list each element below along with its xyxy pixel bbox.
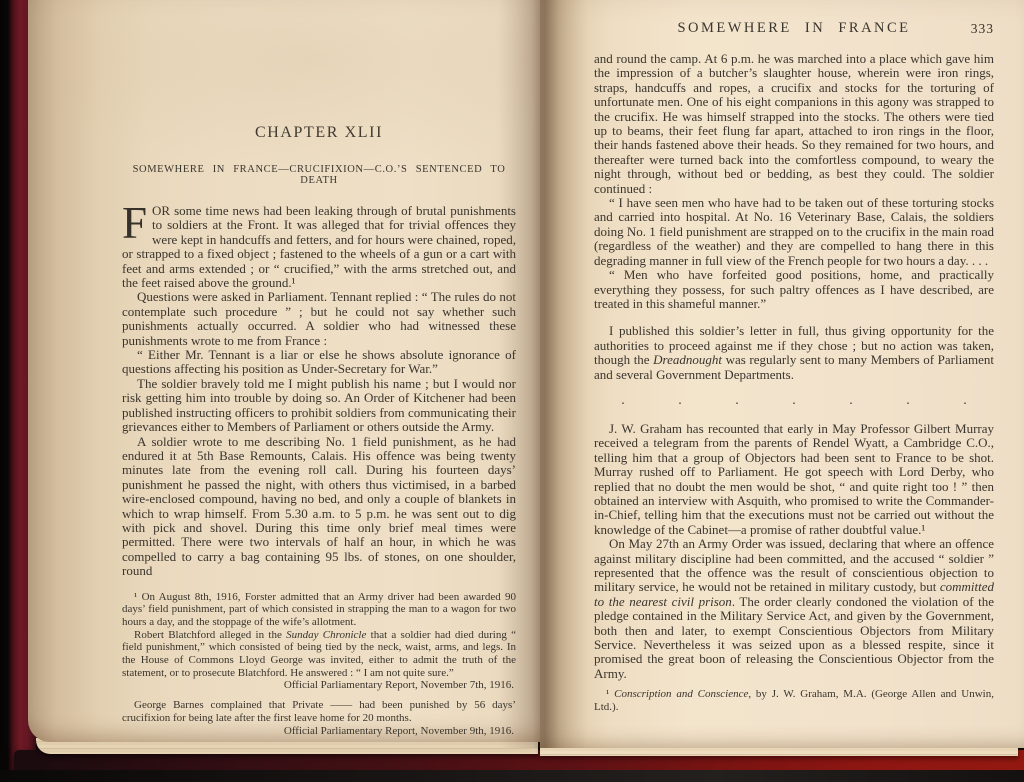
footnote-text: Robert Blatchford alleged in the bbox=[134, 629, 286, 641]
paragraph: Questions were asked in Parliament. Tenn… bbox=[122, 290, 516, 348]
quoted-letter-excerpt: “ I have seen men who have had to be tak… bbox=[594, 196, 994, 268]
footnote: Robert Blatchford alleged in the Sunday … bbox=[122, 629, 516, 680]
running-head-row: SOMEWHERE IN FRANCE 333 bbox=[594, 20, 994, 38]
paragraph-continuation: and round the camp. At 6 p.m. he was mar… bbox=[594, 52, 994, 196]
section-separator-dots: . . . . . . . bbox=[594, 393, 994, 409]
footnote: George Barnes complained that Private ——… bbox=[122, 699, 516, 724]
quoted-letter-excerpt: “ Men who have forfeited good positions,… bbox=[594, 268, 994, 311]
left-page: CHAPTER XLII SOMEWHERE IN FRANCE—CRUCIFI… bbox=[28, 0, 540, 742]
paragraph: J. W. Graham has recounted that early in… bbox=[594, 422, 994, 537]
running-head: SOMEWHERE IN FRANCE bbox=[594, 20, 994, 37]
drop-cap-letter: F bbox=[122, 204, 152, 242]
footnote-marker: ¹ bbox=[606, 688, 614, 700]
quoted-letter-excerpt: “ Either Mr. Tennant is a liar or else h… bbox=[122, 348, 516, 377]
left-page-text-block: CHAPTER XLII SOMEWHERE IN FRANCE—CRUCIFI… bbox=[122, 124, 516, 742]
footnote-text: that a soldier had died during “ field p… bbox=[122, 629, 516, 679]
footnote-attribution: Official Parliamentary Report, November … bbox=[122, 725, 516, 738]
paragraph-opening: FOR some time news had been leaking thro… bbox=[122, 204, 516, 290]
footnotes-section: ¹ On August 8th, 1916, Forster admitted … bbox=[122, 591, 516, 738]
right-page-text-block: SOMEWHERE IN FRANCE 333 and round the ca… bbox=[594, 20, 994, 714]
paragraph: On May 27th an Army Order was issued, de… bbox=[594, 537, 994, 681]
paragraph: The soldier bravely told me I might publ… bbox=[122, 377, 516, 435]
cited-publication: Sunday Chronicle bbox=[286, 629, 366, 641]
paragraph-text: On May 27th an Army Order was issued, de… bbox=[594, 536, 994, 594]
chapter-heading: CHAPTER XLII bbox=[122, 124, 516, 142]
open-book-photo: CHAPTER XLII SOMEWHERE IN FRANCE—CRUCIFI… bbox=[0, 0, 1024, 782]
footnote-attribution: Official Parliamentary Report, November … bbox=[122, 679, 516, 692]
background-surface bbox=[0, 770, 1024, 782]
cited-publication: Dreadnought bbox=[653, 352, 722, 367]
cited-book-title: Conscription and Conscience bbox=[614, 688, 748, 700]
paragraph-text: OR some time news had been leaking throu… bbox=[122, 203, 516, 290]
footnote: ¹ On August 8th, 1916, Forster admitted … bbox=[122, 591, 516, 629]
paragraph: A soldier wrote to me describing No. 1 f… bbox=[122, 435, 516, 579]
footnote: ¹ Conscription and Conscience, by J. W. … bbox=[594, 688, 994, 713]
section-heading: SOMEWHERE IN FRANCE—CRUCIFIXION—C.O.’S S… bbox=[122, 164, 516, 186]
page-number-right: 333 bbox=[971, 21, 994, 37]
right-page: SOMEWHERE IN FRANCE 333 and round the ca… bbox=[540, 0, 1024, 748]
paragraph: I published this soldier’s letter in ful… bbox=[594, 324, 994, 382]
